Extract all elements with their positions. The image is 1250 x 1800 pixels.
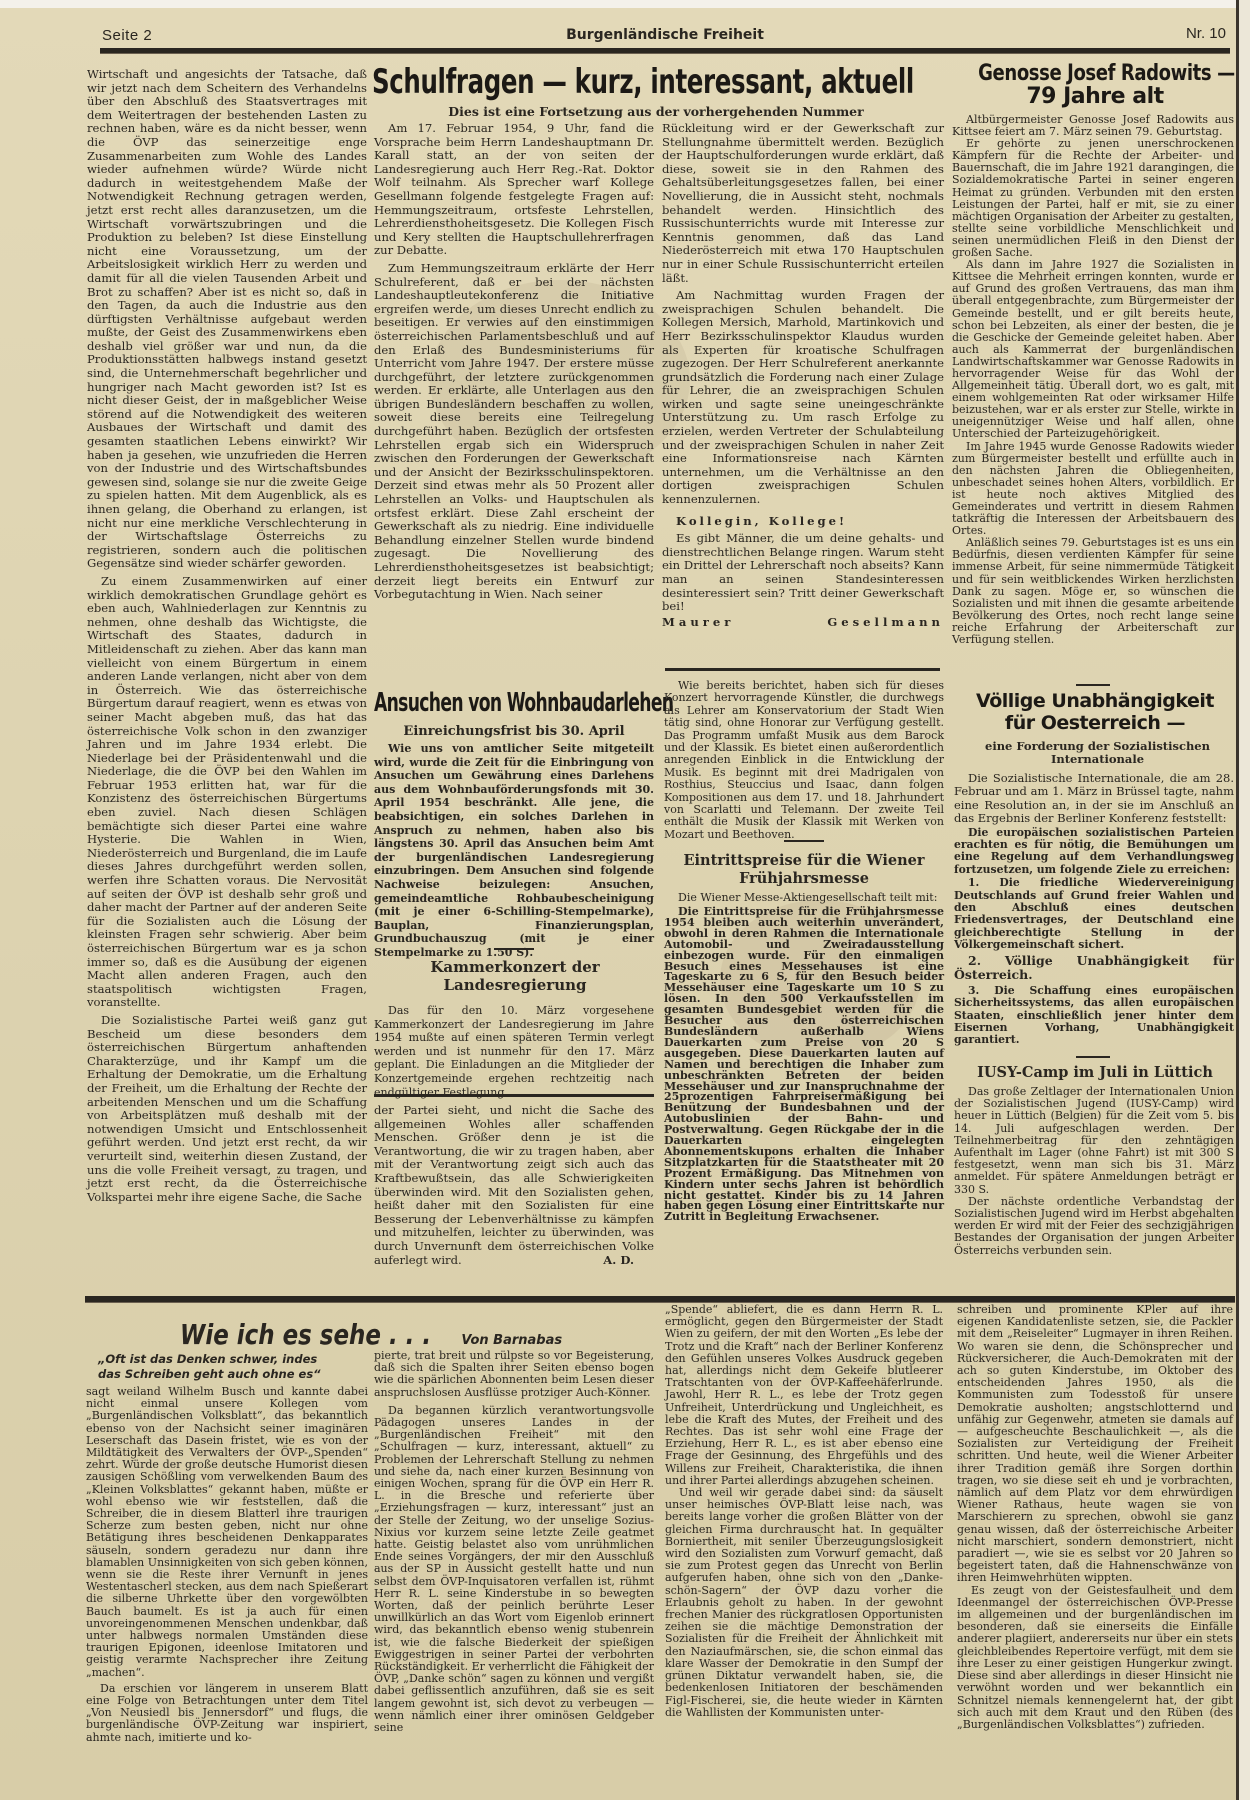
paragraph: Das für den 10. März vorgesehene Kammerk… — [374, 1004, 654, 1099]
col1-continuation: der Partei sieht, und nicht die Sache de… — [374, 1104, 654, 1268]
resolution-point-2: 2. Völlige Unabhängigkeit für Österreich… — [954, 954, 1234, 983]
appeal-text: Es gibt Männer, die um deine gehalts- un… — [662, 532, 944, 614]
signature-right: Gesellmann — [827, 616, 944, 630]
paragraph: Wirtschaft und angesichts der Tatsache, … — [87, 68, 367, 571]
scan-top-margin — [0, 0, 1250, 8]
signatures: Maurer Gesellmann — [662, 616, 944, 630]
scan-right-edge — [1236, 0, 1250, 1800]
wohnbau-subhead: Einreichungsfrist bis 30. April — [374, 724, 654, 739]
paragraph: Es zeugt von der Geistesfaulheit und dem… — [957, 1585, 1233, 1731]
schulfragen-subhead: Dies ist eine Fortsetzung aus der vorher… — [372, 104, 940, 119]
masthead: Seite 2 Burgenländische Freiheit Nr. 10 — [100, 25, 1230, 47]
kammerkonzert-headline: Kammerkonzert der Landesregierung — [380, 958, 650, 994]
paragraph: sagt weiland Wilhelm Busch und kannte da… — [86, 1386, 368, 1679]
paragraph: Das große Zeltlager der Internationalen … — [954, 1086, 1234, 1196]
newspaper-name: Burgenländische Freiheit — [100, 27, 1230, 43]
iusy-body: Das große Zeltlager der Internationalen … — [954, 1086, 1234, 1257]
radowits-body: Altbürgermeister Genosse Josef Radowits … — [952, 114, 1234, 646]
paragraph: Altbürgermeister Genosse Josef Radowits … — [952, 114, 1234, 138]
paragraph: Er gehörte zu jenen unerschrockenen Kämp… — [952, 138, 1234, 259]
paragraph: Anläßlich seines 79. Geburtstages ist es… — [952, 537, 1234, 646]
barnabas-col-b: pierte, trat breit und rülpste so vor Be… — [374, 1350, 654, 1734]
paragraph: Die Sozialistische Internationale, die a… — [954, 772, 1234, 826]
unabhaengigkeit-subhead: eine Forderung der Sozialistischen Inter… — [960, 740, 1235, 766]
schulfragen-col-a: Am 17. Februar 1954, 9 Uhr, fand die Vor… — [374, 122, 654, 602]
paragraph: Am 17. Februar 1954, 9 Uhr, fand die Vor… — [374, 122, 654, 258]
signature-left: Maurer — [662, 616, 734, 630]
section-rule — [374, 1094, 654, 1097]
schulfragen-headline-box: Schulfragen — kurz, interessant, aktuell — [372, 62, 940, 102]
barnabas-col-d: schreiben und prominente KPler auf ihre … — [957, 1304, 1233, 1731]
resolution-point-3: 3. Die Schaffung eines europäischen Sich… — [954, 985, 1234, 1047]
barnabas-col-c: „Spende“ abliefert, die es dann Herrn R.… — [665, 1304, 943, 1719]
appeal-heading: Kollegin, Kollege! — [662, 515, 944, 529]
barnabas-col-a: sagt weiland Wilhelm Busch und kannte da… — [86, 1386, 368, 1744]
paragraph: „Spende“ abliefert, die es dann Herrn R.… — [665, 1304, 943, 1487]
unabhaengigkeit-body: Die Sozialistische Internationale, die a… — [954, 772, 1234, 1047]
article-col1: Wirtschaft und angesichts der Tatsache, … — [87, 68, 367, 1204]
masthead-rule — [100, 48, 1230, 54]
kammerkonzert-continued: Wie bereits berichtet, haben sich für di… — [664, 680, 944, 841]
byline: Von Barnabas — [461, 1333, 562, 1348]
motto: „Oft ist das Denken schwer, indes das Sc… — [98, 1352, 358, 1382]
section-rule — [1076, 1056, 1110, 1058]
paragraph: schreiben und prominente KPler auf ihre … — [957, 1304, 1233, 1585]
paragraph: Zu einem Zusammenwirken auf einer wirkli… — [87, 575, 367, 1010]
schulfragen-headline: Schulfragen — kurz, interessant, aktuell — [372, 62, 781, 102]
newspaper-page: Seite 2 Burgenländische Freiheit Nr. 10 … — [0, 0, 1250, 1800]
barnabas-headline: Wie ich es sehe . . . Von Barnabas — [180, 1318, 562, 1351]
paragraph: Die Eintrittspreise für die Frühjahrsmes… — [664, 907, 944, 1223]
paragraph: Der nächste ordentliche Verbandstag der … — [954, 1196, 1234, 1257]
resolution-point-1: 1. Die friedliche Wiedervereinigung Deut… — [954, 877, 1234, 951]
paragraph: Da erschien vor längerem in unserem Blat… — [86, 1683, 368, 1744]
wohnbau-headline-box: Ansuchen von Wohnbaudarlehen — [374, 688, 654, 718]
section-divider — [85, 1296, 1235, 1303]
paragraph: Zum Hemmungszeitraum erklärte der Herr S… — [374, 262, 654, 602]
section-rule — [784, 840, 824, 842]
section-rule — [1076, 684, 1110, 686]
paragraph: Wie uns von amtlicher Seite mitgeteilt w… — [374, 742, 654, 960]
schulfragen-col-b: Rückleitung wird er der Gewerkschaft zur… — [662, 122, 944, 629]
resolution-text: Die europäischen sozialistischen Parteie… — [954, 827, 1234, 877]
paragraph: Rückleitung wird er der Gewerkschaft zur… — [662, 122, 944, 285]
paragraph: Die Sozialistische Partei weiß ganz gut … — [87, 1014, 367, 1204]
wohnbau-body: Wie uns von amtlicher Seite mitgeteilt w… — [374, 742, 654, 960]
paragraph: pierte, trat breit und rülpste so vor Be… — [374, 1350, 654, 1399]
paragraph: der Partei sieht, und nicht die Sache de… — [374, 1104, 654, 1267]
iusy-headline: IUSY-Camp im Juli in Lüttich — [950, 1064, 1240, 1081]
issue-number: Nr. 10 — [1186, 25, 1226, 42]
wohnbau-headline: Ansuchen von Wohnbaudarlehen — [374, 688, 559, 718]
paragraph: Da begannen kürzlich verantwortungsvolle… — [374, 1405, 654, 1734]
paragraph: Am Nachmittag wurden Fragen der zweispra… — [662, 289, 944, 507]
messe-body: Die Wiener Messe-Aktiengesellschaft teil… — [664, 892, 944, 1223]
paragraph: Als dann im Jahre 1927 die Sozialisten i… — [952, 259, 1234, 440]
radowits-headline: Genosse Josef Radowits — 79 Jahre alt — [950, 62, 1240, 108]
messe-headline: Eintrittspreise für die Wiener Frühjahrs… — [664, 852, 944, 888]
paragraph: Die Wiener Messe-Aktiengesellschaft teil… — [664, 892, 944, 904]
kammerkonzert-body: Das für den 10. März vorgesehene Kammerk… — [374, 1004, 654, 1099]
unabhaengigkeit-headline: Völlige Unabhängigkeit für Oesterreich — — [950, 690, 1240, 734]
paragraph: Im Jahre 1945 wurde Genosse Radowits wie… — [952, 441, 1234, 538]
paragraph: Und weil wir gerade dabei sind: da säuse… — [665, 1487, 943, 1719]
paragraph: Wie bereits berichtet, haben sich für di… — [664, 680, 944, 841]
section-rule — [494, 948, 534, 950]
section-rule — [665, 668, 940, 671]
